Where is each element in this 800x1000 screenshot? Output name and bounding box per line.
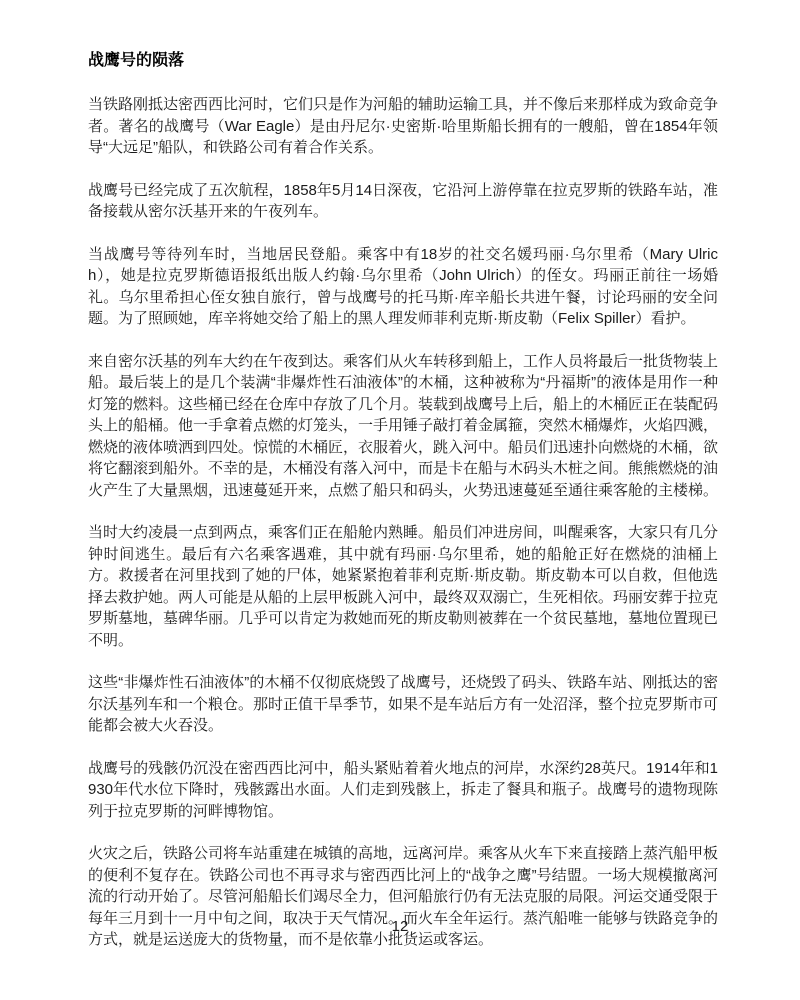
page-title: 战鹰号的陨落 [88, 50, 718, 72]
paragraph: 当战鹰号等待列车时，当地居民登船。乘客中有18岁的社交名媛玛丽·乌尔里希（Mar… [88, 244, 718, 330]
paragraph: 当时大约凌晨一点到两点，乘客们正在船舱内熟睡。船员们冲进房间，叫醒乘客，大家只有… [88, 522, 718, 651]
paragraph: 战鹰号已经完成了五次航程，1858年5月14日深夜，它沿河上游停靠在拉克罗斯的铁… [88, 180, 718, 223]
paragraph: 当铁路刚抵达密西西比河时，它们只是作为河船的辅助运输工具，并不像后来那样成为致命… [88, 94, 718, 159]
paragraphs-container: 当铁路刚抵达密西西比河时，它们只是作为河船的辅助运输工具，并不像后来那样成为致命… [88, 94, 718, 951]
paragraph: 这些“非爆炸性石油液体”的木桶不仅彻底烧毁了战鹰号，还烧毁了码头、铁路车站、刚抵… [88, 672, 718, 737]
paragraph: 来自密尔沃基的列车大约在午夜到达。乘客们从火车转移到船上，工作人员将最后一批货物… [88, 351, 718, 502]
paragraph: 战鹰号的残骸仍沉没在密西西比河中，船头紧贴着着火地点的河岸，水深约28英尺。19… [88, 758, 718, 823]
page-number: 12 [0, 918, 800, 935]
document-page: 战鹰号的陨落 当铁路刚抵达密西西比河时，它们只是作为河船的辅助运输工具，并不像后… [88, 50, 718, 972]
